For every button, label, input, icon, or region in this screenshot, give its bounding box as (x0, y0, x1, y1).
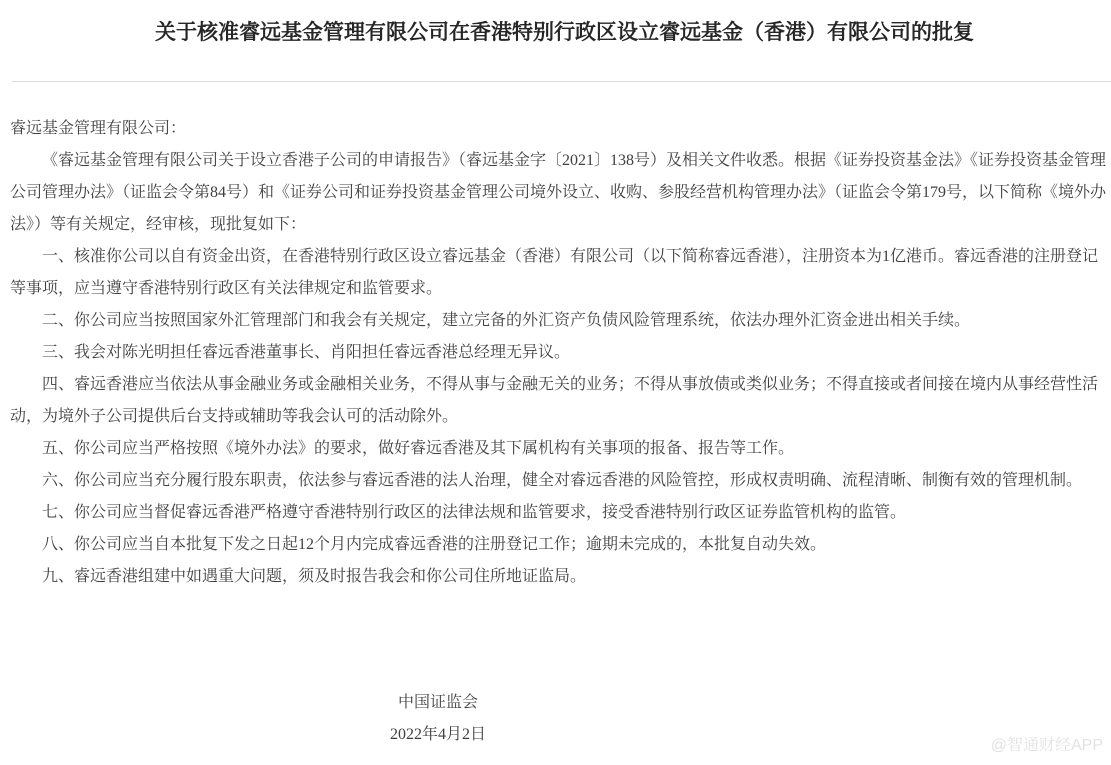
signature-block: 中国证监会 2022年4月2日 (10, 687, 866, 751)
document-body: 睿远基金管理有限公司： 《睿远基金管理有限公司关于设立香港子公司的申请报告》（睿… (0, 113, 1111, 751)
paragraph-item-5: 五、你公司应当严格按照《境外办法》的要求，做好睿远香港及其下属机构有关事项的报备… (10, 433, 1111, 465)
signer-name: 中国证监会 (10, 687, 866, 719)
paragraph-item-9: 九、睿远香港组建中如遇重大问题，须及时报告我会和你公司住所地证监局。 (10, 561, 1111, 593)
paragraph-item-1: 一、核准你公司以自有资金出资，在香港特别行政区设立睿远基金（香港）有限公司（以下… (10, 241, 1111, 305)
approval-document-page: 关于核准睿远基金管理有限公司在香港特别行政区设立睿远基金（香港）有限公司的批复 … (0, 0, 1111, 765)
title-divider (12, 81, 1111, 82)
paragraph-item-3: 三、我会对陈光明担任睿远香港董事长、肖阳担任睿远香港总经理无异议。 (10, 337, 1111, 369)
signature-date: 2022年4月2日 (10, 719, 866, 751)
paragraph-item-2: 二、你公司应当按照国家外汇管理部门和我会有关规定，建立完备的外汇资产负债风险管理… (10, 305, 1111, 337)
paragraph-item-8: 八、你公司应当自本批复下发之日起12个月内完成睿远香港的注册登记工作；逾期未完成… (10, 529, 1111, 561)
document-title: 关于核准睿远基金管理有限公司在香港特别行政区设立睿远基金（香港）有限公司的批复 (0, 0, 1111, 46)
paragraph-item-7: 七、你公司应当督促睿远香港严格遵守香港特别行政区的法律法规和监管要求，接受香港特… (10, 497, 1111, 529)
paragraph-intro: 《睿远基金管理有限公司关于设立香港子公司的申请报告》（睿远基金字〔2021〕13… (10, 145, 1111, 241)
paragraph-item-4: 四、睿远香港应当依法从事金融业务或金融相关业务，不得从事与金融无关的业务；不得从… (10, 369, 1111, 433)
addressee-line: 睿远基金管理有限公司： (10, 113, 1111, 145)
paragraph-item-6: 六、你公司应当充分履行股东职责，依法参与睿远香港的法人治理，健全对睿远香港的风险… (10, 465, 1111, 497)
watermark: @智通财经APP (991, 732, 1103, 755)
